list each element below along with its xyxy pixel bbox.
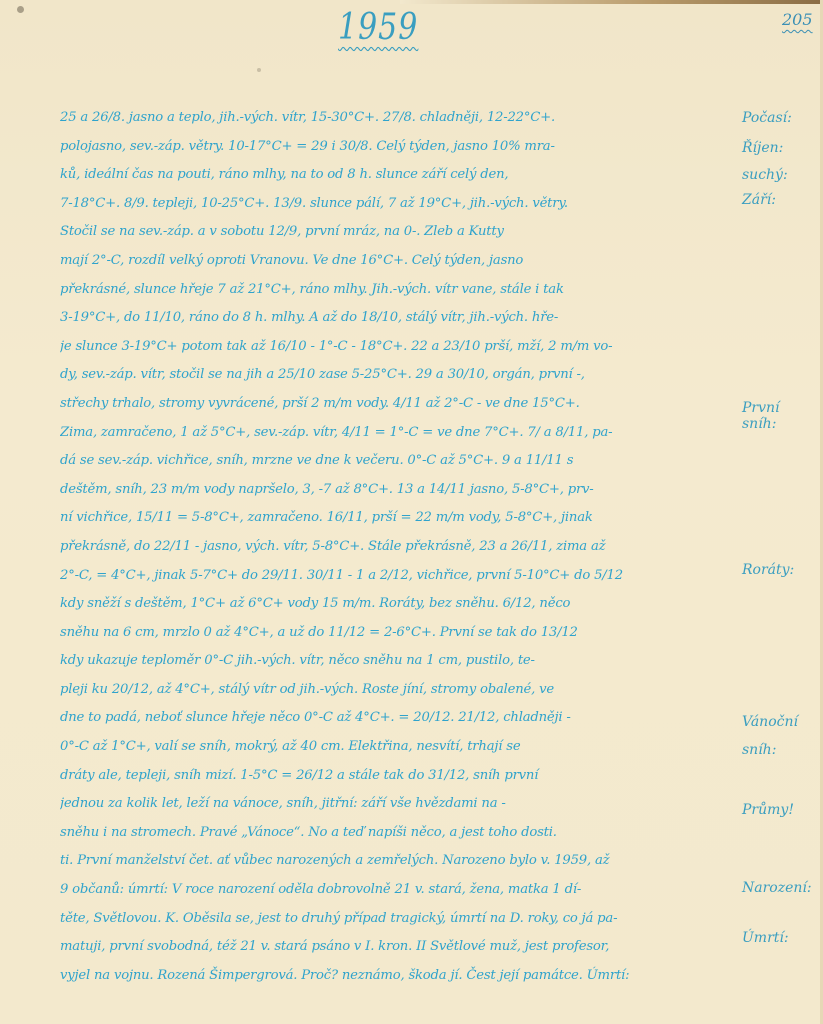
margin-note: Říjen: (742, 138, 783, 158)
text-line: 7-18°C+. 8/9. tepleji, 10-25°C+. 13/9. s… (60, 190, 750, 219)
text-line: Zima, zamračeno, 1 až 5°C+, sev.-záp. ví… (60, 419, 750, 448)
margin-note: suchý: (742, 165, 788, 185)
margin-note: Úmrtí: (742, 928, 789, 948)
text-line: překrásně, do 22/11 - jasno, vých. vítr,… (60, 533, 750, 562)
page-top-edge (400, 0, 823, 4)
text-line: těte, Světlovou. K. Oběsila se, jest to … (60, 905, 750, 934)
text-line: ní vichřice, 15/11 = 5-8°C+, zamračeno. … (60, 504, 750, 533)
text-line: ků, ideální čas na pouti, ráno mlhy, na … (60, 161, 750, 190)
margin-note: Vánoční (742, 712, 798, 732)
text-line: dráty ale, tepleji, sníh mizí. 1-5°C = 2… (60, 762, 750, 791)
margin-note: sníh: (742, 414, 776, 434)
text-line: 0°-C až 1°C+, valí se sníh, mokrý, až 40… (60, 733, 750, 762)
handwritten-body: 25 a 26/8. jasno a teplo, jih.-vých. vít… (60, 104, 750, 990)
text-line: 2°-C, = 4°C+, jinak 5-7°C+ do 29/11. 30/… (60, 562, 750, 591)
text-line: vyjel na vojnu. Rozená Šimpergrová. Proč… (60, 962, 750, 991)
text-line: dá se sev.-záp. vichřice, sníh, mrzne ve… (60, 447, 750, 476)
manuscript-page: 1959 205 25 a 26/8. jasno a teplo, jih.-… (0, 0, 823, 1024)
text-line: 3-19°C+, do 11/10, ráno do 8 h. mlhy. A … (60, 304, 750, 333)
text-line: dy, sev.-záp. vítr, stočil se na jih a 2… (60, 361, 750, 390)
text-line: 9 občanů: úmrtí: V roce narození oděla d… (60, 876, 750, 905)
text-line: je slunce 3-19°C+ potom tak až 16/10 - 1… (60, 333, 750, 362)
text-line: matuji, první svobodná, též 21 v. stará … (60, 933, 750, 962)
text-line: pleji ku 20/12, až 4°C+, stálý vítr od j… (60, 676, 750, 705)
ink-spot (17, 6, 24, 13)
text-line: jednou za kolik let, leží na vánoce, sní… (60, 790, 750, 819)
text-line: polojasno, sev.-záp. větry. 10-17°C+ = 2… (60, 133, 750, 162)
text-line: kdy sněží s deštěm, 1°C+ až 6°C+ vody 15… (60, 590, 750, 619)
margin-note: sníh: (742, 740, 776, 760)
page-number: 205 (782, 10, 813, 29)
text-line: sněhu i na stromech. Pravé „Vánoce“. No … (60, 819, 750, 848)
margin-note: Září: (742, 190, 776, 210)
year-heading: 1959 (338, 7, 418, 49)
text-line: dne to padá, neboť slunce hřeje něco 0°-… (60, 704, 750, 733)
text-line: Stočil se na sev.-záp. a v sobotu 12/9, … (60, 218, 750, 247)
ink-spot (257, 68, 261, 72)
text-line: sněhu na 6 cm, mrzlo 0 až 4°C+, a už do … (60, 619, 750, 648)
text-line: kdy ukazuje teploměr 0°-C jih.-vých. vít… (60, 647, 750, 676)
text-line: mají 2°-C, rozdíl velký oproti Vranovu. … (60, 247, 750, 276)
margin-note: Roráty: (742, 560, 794, 580)
margin-note: Počasí: (742, 108, 792, 128)
text-line: deštěm, sníh, 23 m/m vody napršelo, 3, -… (60, 476, 750, 505)
margin-note: Průmy! (742, 800, 794, 820)
text-line: ti. První manželství čet. ať vůbec naroz… (60, 847, 750, 876)
text-line: střechy trhalo, stromy vyvrácené, prší 2… (60, 390, 750, 419)
text-line: překrásné, slunce hřeje 7 až 21°C+, ráno… (60, 276, 750, 305)
text-line: 25 a 26/8. jasno a teplo, jih.-vých. vít… (60, 104, 750, 133)
margin-note: Narození: (742, 878, 812, 898)
